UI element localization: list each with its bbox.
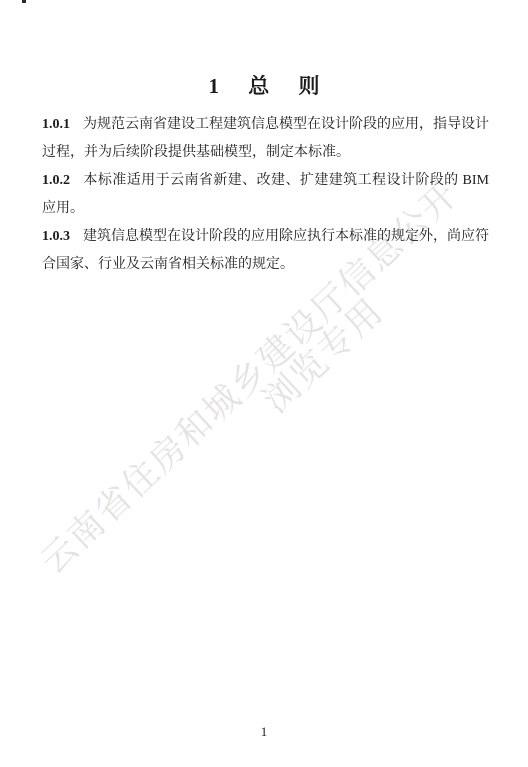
clause-text: 本标准适用于云南省新建、改建、扩建建筑工程设计阶段的 BIM 应用。 bbox=[42, 173, 489, 216]
chapter-title-text: 1 总 则 bbox=[197, 74, 332, 98]
body-text-block: 1.0.1为规范云南省建设工程建筑信息模型在设计阶段的应用，指导设计过程，并为后… bbox=[42, 111, 489, 279]
clause-number: 1.0.3 bbox=[42, 229, 70, 244]
watermark-line-2: 浏览专用 bbox=[251, 285, 393, 423]
clause-1-0-3: 1.0.3建筑信息模型在设计阶段的应用除应执行本标准的规定外，尚应符合国家、行业… bbox=[42, 223, 489, 279]
clause-text: 为规范云南省建设工程建筑信息模型在设计阶段的应用，指导设计过程，并为后续阶段提供… bbox=[42, 117, 489, 160]
clause-text: 建筑信息模型在设计阶段的应用除应执行本标准的规定外，尚应符合国家、行业及云南省相… bbox=[42, 229, 489, 272]
scan-artifact-mark bbox=[22, 0, 26, 3]
clause-1-0-2: 1.0.2本标准适用于云南省新建、改建、扩建建筑工程设计阶段的 BIM 应用。 bbox=[42, 167, 489, 223]
clause-number: 1.0.2 bbox=[42, 173, 70, 188]
document-page: 云南省住房和城乡建设厅信息公开 浏览专用 1 总 则 1.0.1为规范云南省建设… bbox=[0, 0, 528, 767]
clause-number: 1.0.1 bbox=[42, 117, 70, 132]
page-number: 1 bbox=[0, 723, 528, 741]
clause-1-0-1: 1.0.1为规范云南省建设工程建筑信息模型在设计阶段的应用，指导设计过程，并为后… bbox=[42, 111, 489, 167]
chapter-title: 1 总 则 bbox=[0, 70, 528, 102]
